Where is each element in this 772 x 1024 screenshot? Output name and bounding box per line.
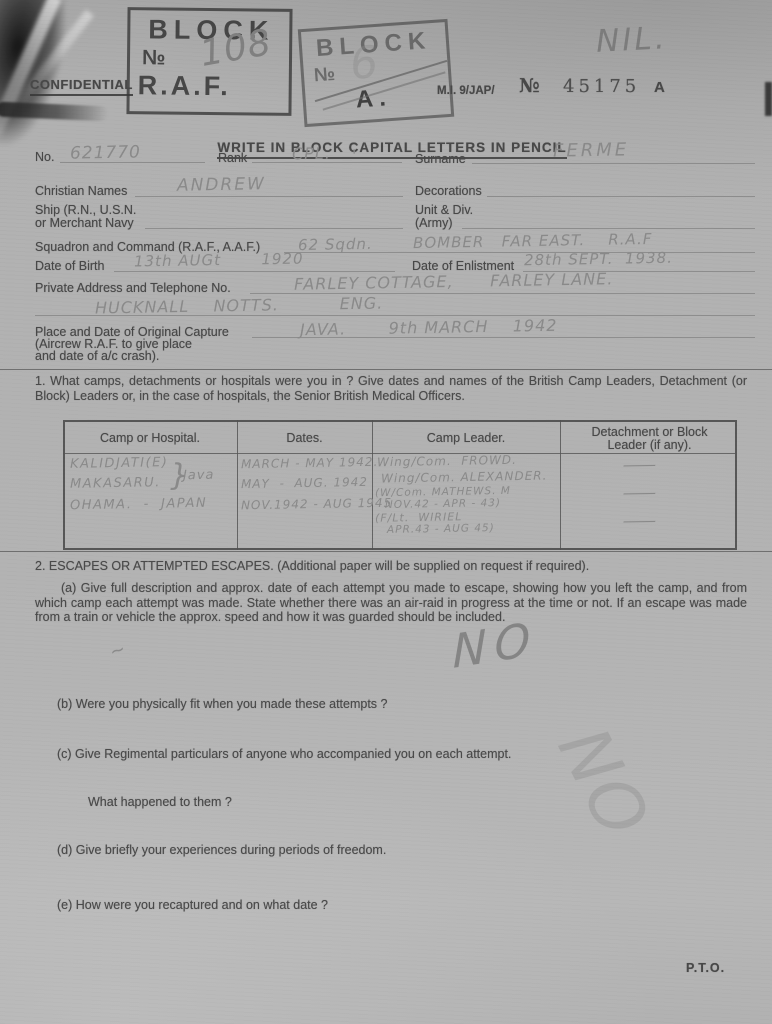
unit-div-line: [462, 228, 755, 229]
item-c2-text: What happened to them ?: [88, 795, 488, 810]
item-e-text: (e) How were you recaptured and on what …: [57, 898, 717, 913]
camp-entry: OHAMA. - JAPAN: [70, 496, 207, 513]
leader-entry: Wing/Com. ALEXANDER.: [381, 469, 548, 486]
pencil-mark: ~: [107, 638, 129, 663]
no-value: 621770: [70, 142, 141, 163]
item-b-text: (b) Were you physically fit when you mad…: [57, 697, 717, 712]
mi-reference: M.I. 9/JAP/: [437, 85, 495, 98]
item-d-text: (d) Give briefly your experiences during…: [57, 843, 717, 858]
date-of-enlistment-value: 28th SEPT. 1938.: [524, 249, 673, 270]
dates-entry: MARCH - MAY 1942.: [241, 455, 379, 471]
section-2-heading: 2. ESCAPES OR ATTEMPTED ESCAPES. (Additi…: [35, 559, 747, 574]
leader-entry: NOV.42 - APR - 43): [385, 497, 501, 511]
camp-entry: KALIDJATI(E): [70, 455, 169, 472]
date-of-birth-value: 13th AUGt 1920: [134, 250, 304, 271]
ship-label-2: or Merchant Navy: [35, 216, 134, 230]
date-of-birth-line: [114, 271, 395, 272]
camp-entry: MAKASARU.: [70, 475, 161, 492]
address-value-2: HUCKNALL NOTTS. ENG.: [95, 293, 384, 317]
section-divider: [0, 551, 772, 552]
table-column-divider: [560, 420, 561, 550]
stamp-no-sign: №: [142, 46, 167, 70]
edge-mark: [765, 82, 772, 116]
scanned-pow-questionnaire-page: BLOCK № R.A.F. 108 BLOCK № A. 6 NIL. CON…: [0, 0, 772, 1024]
christian-names-value: ANDREW: [177, 174, 266, 196]
stamp-no-sign: №: [313, 64, 337, 87]
capture-value: JAVA. 9th MARCH 1942: [300, 316, 558, 339]
pencil-tick: ': [352, 146, 358, 165]
address-value-1: FARLEY COTTAGE, FARLEY LANE.: [294, 269, 614, 294]
christian-names-label: Christian Names: [35, 184, 127, 198]
christian-names-line: [135, 196, 403, 197]
decorations-line: [487, 196, 755, 197]
col-header-camp: Camp or Hospital.: [63, 431, 237, 445]
decorations-label: Decorations: [415, 184, 482, 198]
handwritten-nil: NIL.: [595, 20, 668, 60]
form-serial-number: 45175: [563, 77, 640, 98]
no-label: No.: [35, 150, 54, 164]
detachment-dash: —: [632, 455, 649, 474]
rank-label: Rank: [218, 151, 247, 165]
date-of-birth-label: Date of Birth: [35, 259, 104, 273]
dates-entry: MAY - AUG. 1942: [241, 475, 368, 491]
surname-value: FERME: [553, 139, 629, 161]
faint-pencil-scrawl: NO: [542, 715, 666, 852]
camp-group-label: Java: [183, 468, 215, 484]
stamp-org: R.A.F.: [138, 70, 231, 102]
question-1-text: 1. What camps, detachments or hospitals …: [35, 374, 747, 404]
col-header-dates: Dates.: [237, 431, 372, 445]
detachment-dash: —: [632, 511, 649, 530]
col-header-leader: Camp Leader.: [372, 431, 560, 445]
form-no-sign: №: [519, 76, 540, 98]
rank-value: CPL.: [292, 144, 331, 164]
surname-field-line: [472, 163, 755, 164]
confidential-label: CONFIDENTIAL: [30, 78, 133, 96]
item-a-text: (a) Give full description and approx. da…: [35, 581, 747, 625]
dates-entry: NOV.1942 - AUG 1945: [241, 496, 392, 513]
unit-div-label-2: (Army): [415, 216, 453, 230]
surname-label: Surname: [415, 152, 466, 166]
section-divider: [0, 369, 772, 370]
capture-label-3: and date of a/c crash).: [35, 349, 159, 363]
form-serial-suffix: A: [654, 79, 665, 96]
detachment-dash: —: [632, 483, 649, 502]
instruction-text: WRITE IN BLOCK CAPITAL LETTERS IN PENCIL: [217, 140, 566, 159]
leader-entry: Wing/Com. FROWD.: [377, 453, 517, 469]
pto-label: P.T.O.: [686, 961, 725, 975]
private-address-label: Private Address and Telephone No.: [35, 281, 231, 295]
leader-entry: APR.43 - AUG 45): [387, 522, 495, 536]
col-header-detachment: Detachment or Block Leader (if any).: [577, 426, 722, 452]
ship-line: [145, 228, 403, 229]
